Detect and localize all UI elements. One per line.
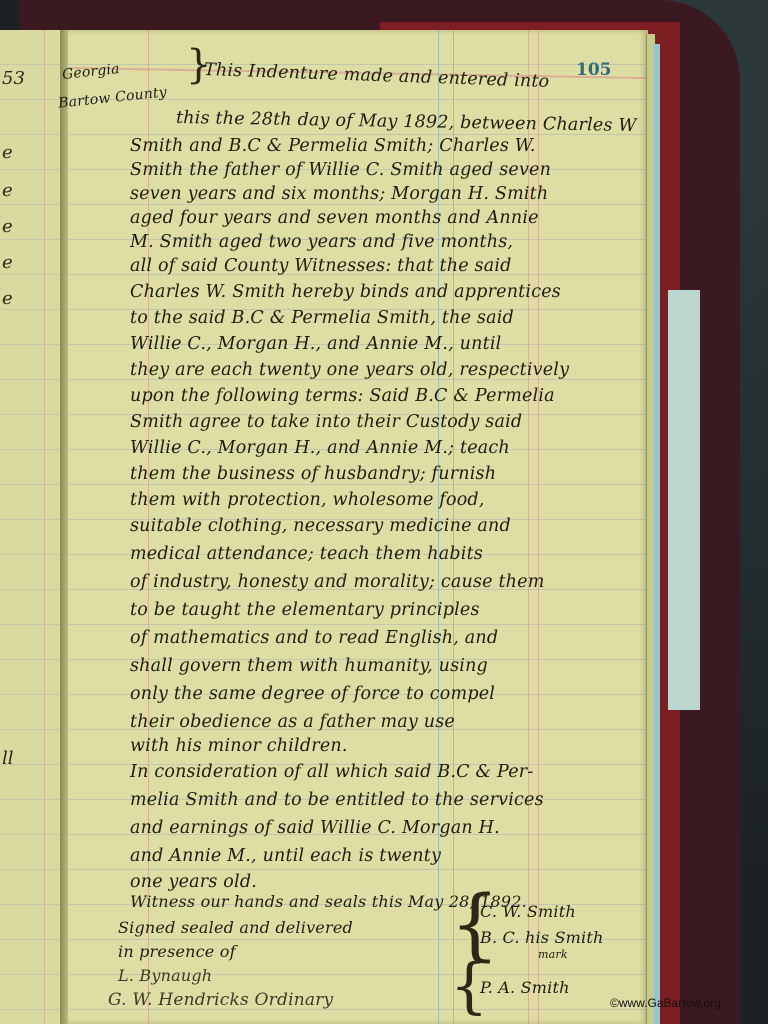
- text-line: all of said County Witnesses: that the s…: [130, 256, 512, 276]
- text-line: aged four years and seven months and Ann…: [130, 208, 539, 228]
- text-line: them the business of husbandry; furnish: [130, 464, 496, 484]
- left-page-letter: e: [2, 180, 13, 201]
- text-line: with his minor children.: [130, 736, 348, 756]
- text-line: and earnings of said Willie C. Morgan H.: [130, 818, 500, 838]
- text-line: and Annie M., until each is twenty: [130, 846, 441, 866]
- caption-county: Bartow County: [57, 84, 167, 111]
- page-stack-blue-edge: [654, 44, 660, 1024]
- text-line: to the said B.C & Permelia Smith, the sa…: [130, 308, 514, 328]
- left-page-margin-rule: [44, 30, 45, 1024]
- witness-signature: G. W. Hendricks Ordinary: [108, 990, 333, 1010]
- text-line: Charles W. Smith hereby binds and appren…: [130, 282, 561, 302]
- text-line: suitable clothing, necessary medicine an…: [130, 516, 511, 536]
- witness-in-presence: in presence of: [118, 942, 236, 961]
- signature-mark-note: mark: [538, 948, 568, 961]
- text-line: this the 28th day of May 1892, between C…: [176, 108, 637, 136]
- text-line: This Indenture made and entered into: [204, 60, 550, 92]
- text-line: only the same degree of force to compel: [130, 684, 495, 704]
- ledger-page: 105 Georgia Bartow County } This Indentu…: [68, 30, 648, 1024]
- text-line: In consideration of all which said B.C &…: [130, 762, 533, 782]
- text-line: to be taught the elementary principles: [130, 600, 480, 620]
- left-page-letter: ll: [2, 748, 14, 769]
- text-line: Smith the father of Willie C. Smith aged…: [130, 160, 551, 180]
- ledger-cover-white-edge: [668, 290, 700, 710]
- text-line: Smith agree to take into their Custody s…: [130, 412, 522, 432]
- text-line: Willie C., Morgan H., and Annie M., unti…: [130, 334, 501, 354]
- text-line: seven years and six months; Morgan H. Sm…: [130, 184, 548, 204]
- left-page-letter: e: [2, 288, 13, 309]
- text-line: them with protection, wholesome food,: [130, 490, 485, 510]
- left-page: 53 e e e e e ll: [0, 30, 64, 1024]
- caption-state: Georgia: [61, 61, 120, 83]
- left-page-letter: e: [2, 142, 13, 163]
- signature-bc-smith: B. C. his Smith: [480, 928, 603, 947]
- text-line: they are each twenty one years old, resp…: [130, 360, 569, 380]
- text-line: Smith and B.C & Permelia Smith; Charles …: [130, 136, 536, 156]
- text-line: their obedience as a father may use: [130, 712, 455, 732]
- text-line: of industry, honesty and morality; cause…: [130, 572, 545, 592]
- left-page-letter: e: [2, 252, 13, 273]
- witness-signature: L. Bynaugh: [118, 966, 212, 985]
- left-page-letter: e: [2, 216, 13, 237]
- copyright-watermark: ©www.GaBartow.org: [610, 996, 721, 1010]
- text-line: of mathematics and to read English, and: [130, 628, 498, 648]
- text-line: medical attendance; teach them habits: [130, 544, 483, 564]
- text-line: M. Smith aged two years and five months,: [130, 232, 513, 252]
- signature-pa-smith: P. A. Smith: [480, 978, 570, 997]
- text-line: shall govern them with humanity, using: [130, 656, 488, 676]
- page-number: 105: [576, 60, 612, 80]
- text-line: melia Smith and to be entitled to the se…: [130, 790, 544, 810]
- text-line: one years old.: [130, 872, 257, 892]
- signature-cw-smith: C. W. Smith: [480, 902, 576, 921]
- text-line: upon the following terms: Said B.C & Per…: [130, 386, 555, 406]
- witness-signed-sealed: Signed sealed and delivered: [118, 918, 353, 937]
- text-line: Willie C., Morgan H., and Annie M.; teac…: [130, 438, 510, 458]
- left-page-number-fragment: 53: [2, 68, 25, 89]
